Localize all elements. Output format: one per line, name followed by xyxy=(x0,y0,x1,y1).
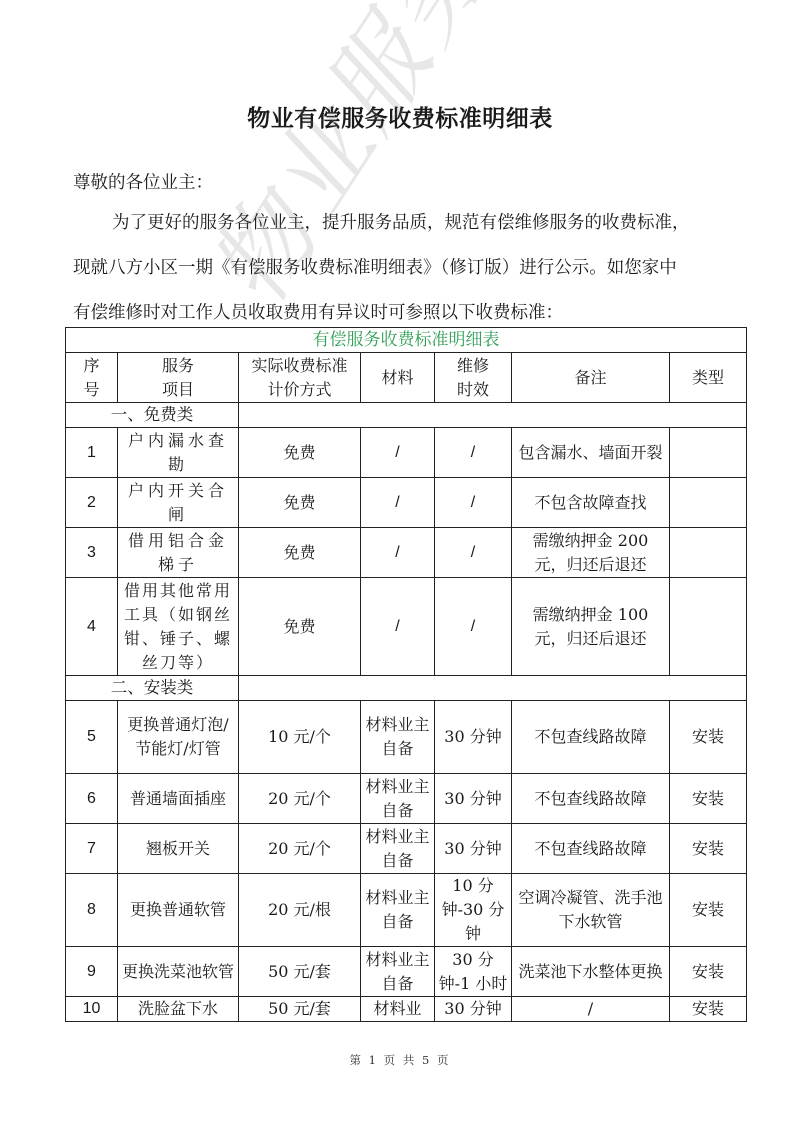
cell-seq: 5 xyxy=(66,701,118,774)
fee-table: 有偿服务收费标准明细表 序号 服务项目 实际收费标准计价方式 材料 维修时效 备… xyxy=(65,327,747,1022)
cell-type: 安装 xyxy=(670,947,747,997)
cell-price: 20 元/个 xyxy=(239,824,361,874)
cell-material: 材料业主自备 xyxy=(361,701,435,774)
cell-seq: 10 xyxy=(66,997,118,1022)
table-row: 6 普通墙面插座 20 元/个 材料业主自备 30 分钟 不包查线路故障 安装 xyxy=(66,774,747,824)
cell-note: 不包含故障查找 xyxy=(512,478,670,528)
cell-price: 10 元/个 xyxy=(239,701,361,774)
header-type: 类型 xyxy=(670,353,747,403)
cell-price: 20 元/个 xyxy=(239,774,361,824)
cell-price: 50 元/套 xyxy=(239,947,361,997)
table-row: 3 借用铝合金梯子 免费 / / 需缴纳押金 200 元，归还后退还 xyxy=(66,528,747,578)
header-price: 实际收费标准计价方式 xyxy=(239,353,361,403)
cell-type: 安装 xyxy=(670,701,747,774)
cell-item: 借用铝合金梯子 xyxy=(118,528,239,578)
cell-price: 20 元/根 xyxy=(239,874,361,947)
cell-time: 30 分钟 xyxy=(435,824,512,874)
cell-time: 10 分钟-30 分钟 xyxy=(435,874,512,947)
cell-time: / xyxy=(435,528,512,578)
cell-item: 更换普通灯泡/节能灯/灯管 xyxy=(118,701,239,774)
intro-line-3: 有偿维修时对工作人员收取费用有异议时可参照以下收费标准： xyxy=(73,301,743,325)
cell-item: 户内开关合闸 xyxy=(118,478,239,528)
table-row: 4 借用其他常用工具（如钢丝钳、锤子、螺丝刀等） 免费 / / 需缴纳押金 10… xyxy=(66,578,747,676)
cell-material: 材料业主自备 xyxy=(361,874,435,947)
cell-seq: 4 xyxy=(66,578,118,676)
cell-price: 免费 xyxy=(239,428,361,478)
cell-seq: 7 xyxy=(66,824,118,874)
cell-time: 30 分钟 xyxy=(435,701,512,774)
cell-seq: 3 xyxy=(66,528,118,578)
intro-line-1: 为了更好的服务各位业主，提升服务品质，规范有偿维修服务的收费标准， xyxy=(112,211,782,235)
table-row: 9 更换洗菜池软管 50 元/套 材料业主自备 30 分钟-1 小时 洗菜池下水… xyxy=(66,947,747,997)
cell-note: 空调冷凝管、洗手池下水软管 xyxy=(512,874,670,947)
section-row: 二、安装类 xyxy=(66,676,747,701)
cell-seq: 1 xyxy=(66,428,118,478)
cell-note: 需缴纳押金 200 元，归还后退还 xyxy=(512,528,670,578)
header-item: 服务项目 xyxy=(118,353,239,403)
cell-price: 50 元/套 xyxy=(239,997,361,1022)
cell-price: 免费 xyxy=(239,578,361,676)
cell-material: 材料业 xyxy=(361,997,435,1022)
cell-item: 更换普通软管 xyxy=(118,874,239,947)
cell-item: 洗脸盆下水 xyxy=(118,997,239,1022)
cell-time: / xyxy=(435,578,512,676)
section-label: 二、安装类 xyxy=(66,676,239,701)
cell-material: 材料业主自备 xyxy=(361,824,435,874)
cell-type: 安装 xyxy=(670,774,747,824)
header-material: 材料 xyxy=(361,353,435,403)
cell-seq: 6 xyxy=(66,774,118,824)
cell-type xyxy=(670,578,747,676)
cell-seq: 9 xyxy=(66,947,118,997)
table-row: 2 户内开关合闸 免费 / / 不包含故障查找 xyxy=(66,478,747,528)
cell-note: 不包查线路故障 xyxy=(512,824,670,874)
table-row: 8 更换普通软管 20 元/根 材料业主自备 10 分钟-30 分钟 空调冷凝管… xyxy=(66,874,747,947)
cell-item: 更换洗菜池软管 xyxy=(118,947,239,997)
cell-item: 翘板开关 xyxy=(118,824,239,874)
cell-material: / xyxy=(361,478,435,528)
cell-note: 需缴纳押金 100 元，归还后退还 xyxy=(512,578,670,676)
table-title-row: 有偿服务收费标准明细表 xyxy=(66,328,747,353)
table-row: 10 洗脸盆下水 50 元/套 材料业 30 分钟 / 安装 xyxy=(66,997,747,1022)
cell-item: 借用其他常用工具（如钢丝钳、锤子、螺丝刀等） xyxy=(118,578,239,676)
cell-price: 免费 xyxy=(239,528,361,578)
cell-time: / xyxy=(435,428,512,478)
cell-type xyxy=(670,428,747,478)
cell-seq: 8 xyxy=(66,874,118,947)
document-title: 物业有偿服务收费标准明细表 xyxy=(0,100,800,133)
table-row: 7 翘板开关 20 元/个 材料业主自备 30 分钟 不包查线路故障 安装 xyxy=(66,824,747,874)
section-label: 一、免费类 xyxy=(66,403,239,428)
table-row: 5 更换普通灯泡/节能灯/灯管 10 元/个 材料业主自备 30 分钟 不包查线… xyxy=(66,701,747,774)
cell-type: 安装 xyxy=(670,874,747,947)
cell-time: 30 分钟-1 小时 xyxy=(435,947,512,997)
cell-price: 免费 xyxy=(239,478,361,528)
cell-type xyxy=(670,528,747,578)
cell-note: 包含漏水、墙面开裂 xyxy=(512,428,670,478)
cell-time: 30 分钟 xyxy=(435,997,512,1022)
header-time: 维修时效 xyxy=(435,353,512,403)
cell-type xyxy=(670,478,747,528)
cell-note: 洗菜池下水整体更换 xyxy=(512,947,670,997)
watermark: 物业服务工作室 xyxy=(170,0,618,294)
cell-time: / xyxy=(435,478,512,528)
cell-time: 30 分钟 xyxy=(435,774,512,824)
cell-material: / xyxy=(361,578,435,676)
section-row: 一、免费类 xyxy=(66,403,747,428)
cell-item: 户内漏水查勘 xyxy=(118,428,239,478)
table-row: 1 户内漏水查勘 免费 / / 包含漏水、墙面开裂 xyxy=(66,428,747,478)
greeting: 尊敬的各位业主： xyxy=(73,171,743,195)
cell-type: 安装 xyxy=(670,824,747,874)
intro-line-2: 现就八方小区一期《有偿服务收费标准明细表》（修订版）进行公示。如您家中 xyxy=(73,256,743,280)
cell-material: / xyxy=(361,428,435,478)
header-seq: 序号 xyxy=(66,353,118,403)
cell-type: 安装 xyxy=(670,997,747,1022)
cell-material: / xyxy=(361,528,435,578)
cell-item: 普通墙面插座 xyxy=(118,774,239,824)
page-footer: 第 1 页 共 5 页 xyxy=(0,1052,800,1068)
cell-material: 材料业主自备 xyxy=(361,947,435,997)
table-title: 有偿服务收费标准明细表 xyxy=(66,328,747,353)
cell-note: 不包查线路故障 xyxy=(512,701,670,774)
cell-seq: 2 xyxy=(66,478,118,528)
table-header-row: 序号 服务项目 实际收费标准计价方式 材料 维修时效 备注 类型 xyxy=(66,353,747,403)
cell-note: / xyxy=(512,997,670,1022)
header-note: 备注 xyxy=(512,353,670,403)
cell-note: 不包查线路故障 xyxy=(512,774,670,824)
cell-material: 材料业主自备 xyxy=(361,774,435,824)
